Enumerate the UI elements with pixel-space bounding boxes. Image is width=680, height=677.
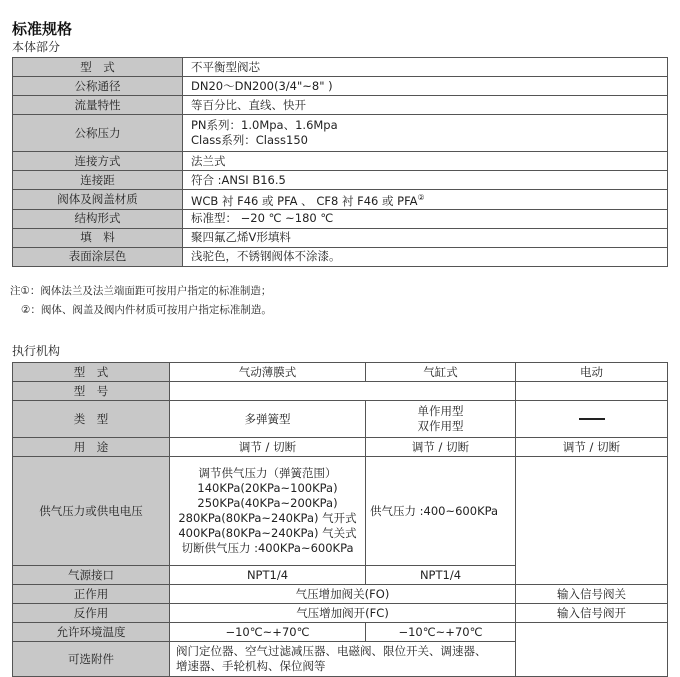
row-value: 聚四氟乙烯V形填料 [183,228,668,247]
row-label: 供气压力或供电电压 [13,457,170,566]
row-value: 不平衡型阀芯 [183,58,668,77]
row-label: 可选附件 [13,642,170,677]
row-value: 符合 :ANSI B16.5 [183,171,668,190]
cell [516,623,668,677]
row-label: 公称压力 [13,115,183,152]
row-label: 正作用 [13,585,170,604]
table-row: 类 型 多弹簧型 单作用型 双作用型 [13,401,668,438]
column-header: 气动薄膜式 [170,363,366,382]
table-row: 型 号 [13,382,668,401]
cell: 单作用型 双作用型 [366,401,516,438]
cell: 调节 / 切断 [516,438,668,457]
material-text: WCB 衬 F46 或 PFA 、 CF8 衬 F46 或 PFA [191,194,418,208]
row-value: 等百分比、直线、快开 [183,96,668,115]
cell: NPT1/4 [170,566,366,585]
row-label: 填 料 [13,228,183,247]
row-label: 流量特性 [13,96,183,115]
actuator-spec-table: 型 式 气动薄膜式 气缸式 电动 型 号 类 型 多弹簧型 单作用型 双作用型 … [12,362,668,677]
table-row: 供气压力或供电电压 调节供气压力（弹簧范围） 140KPa(20KPa~100K… [13,457,668,566]
cell: 气压增加阀开(FC) [170,604,516,623]
cell: 调节 / 切断 [170,438,366,457]
cell [516,457,668,585]
cell: 输入信号阀开 [516,604,668,623]
actuator-section-title: 执行机构 [12,342,60,359]
cell: 气压增加阀关(FO) [170,585,516,604]
table-row: 填 料 聚四氟乙烯V形填料 [13,228,668,247]
row-label: 连接距 [13,171,183,190]
row-value: 标准型： −20 ℃ ~180 ℃ [183,209,668,228]
footnote-2: ②：阀体、阀盖及阀内件材质可按用户指定标准制造。 [10,301,272,320]
footnote-1: 注①：阀体法兰及法兰端面距可按用户指定的标准制造； [10,282,272,301]
cell: 调节供气压力（弹簧范围） 140KPa(20KPa~100KPa) 250KPa… [170,457,366,566]
row-label: 型 号 [13,382,170,401]
table-row: 结构形式 标准型： −20 ℃ ~180 ℃ [13,209,668,228]
cell [170,382,516,401]
table-row: 流量特性 等百分比、直线、快开 [13,96,668,115]
row-label: 连接方式 [13,152,183,171]
row-label: 用 途 [13,438,170,457]
row-label: 型 式 [13,58,183,77]
cell: 供气压力 :400~600KPa [366,457,516,566]
table-row: 型 式 不平衡型阀芯 [13,58,668,77]
table-header-row: 型 式 气动薄膜式 气缸式 电动 [13,363,668,382]
cell [516,401,668,438]
row-label: 阀体及阀盖材质 [13,190,183,210]
column-header: 气缸式 [366,363,516,382]
table-row: 表面涂层色 浅驼色，不锈钢阀体不涂漆。 [13,247,668,266]
cell: 多弹簧型 [170,401,366,438]
dash-placeholder [579,418,605,420]
row-label: 表面涂层色 [13,247,183,266]
table-row: 连接距 符合 :ANSI B16.5 [13,171,668,190]
cell: 调节 / 切断 [366,438,516,457]
row-label: 反作用 [13,604,170,623]
table-row: 反作用 气压增加阀开(FC) 输入信号阀开 [13,604,668,623]
row-value: PN系列：1.0Mpa、1.6Mpa Class系列：Class150 [183,115,668,152]
row-label: 公称通径 [13,77,183,96]
row-label: 类 型 [13,401,170,438]
column-header: 电动 [516,363,668,382]
cell: −10℃~+70℃ [366,623,516,642]
cell: 输入信号阀关 [516,585,668,604]
page-title: 标准规格 [12,18,72,39]
row-value: 法兰式 [183,152,668,171]
row-value: 浅驼色，不锈钢阀体不涂漆。 [183,247,668,266]
row-label: 型 式 [13,363,170,382]
cell: 阀门定位器、空气过滤减压器、电磁阀、限位开关、调速器、 增速器、手轮机构、保位阀… [170,642,516,677]
body-spec-table: 型 式 不平衡型阀芯 公称通径 DN20～DN200(3/4"~8" ) 流量特… [12,57,668,267]
table-row: 允许环境温度 −10℃~+70℃ −10℃~+70℃ [13,623,668,642]
table-row: 阀体及阀盖材质 WCB 衬 F46 或 PFA 、 CF8 衬 F46 或 PF… [13,190,668,210]
cell: −10℃~+70℃ [170,623,366,642]
table-row: 用 途 调节 / 切断 调节 / 切断 调节 / 切断 [13,438,668,457]
table-row: 公称压力 PN系列：1.0Mpa、1.6Mpa Class系列：Class150 [13,115,668,152]
body-section-title: 本体部分 [12,38,60,55]
row-label: 气源接口 [13,566,170,585]
cell [516,382,668,401]
footnote-ref: ② [418,193,425,202]
table-row: 正作用 气压增加阀关(FO) 输入信号阀关 [13,585,668,604]
table-row: 公称通径 DN20～DN200(3/4"~8" ) [13,77,668,96]
row-label: 结构形式 [13,209,183,228]
table-row: 连接方式 法兰式 [13,152,668,171]
row-value: WCB 衬 F46 或 PFA 、 CF8 衬 F46 或 PFA② [183,190,668,210]
row-value: DN20～DN200(3/4"~8" ) [183,77,668,96]
row-label: 允许环境温度 [13,623,170,642]
footnotes: 注①：阀体法兰及法兰端面距可按用户指定的标准制造； ②：阀体、阀盖及阀内件材质可… [10,282,272,320]
cell: NPT1/4 [366,566,516,585]
